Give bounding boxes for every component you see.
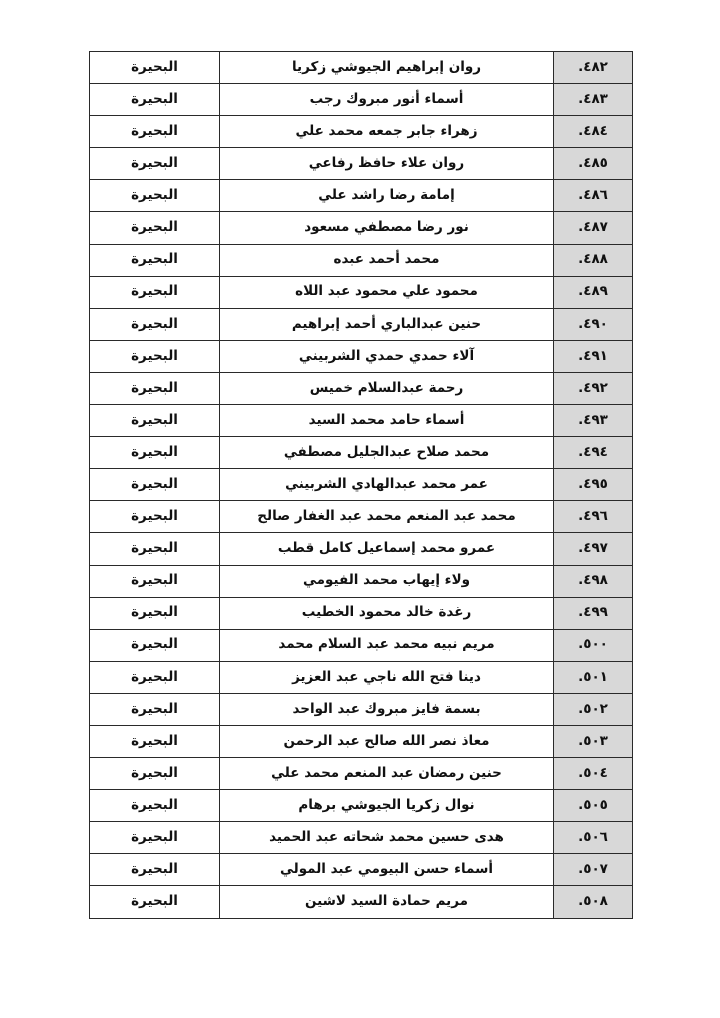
row-number-cell: ٤٩٤. [554, 437, 633, 469]
table-row: ٤٨٣.أسماء أنور مبروك رجبالبحيرة [90, 84, 633, 116]
governorate-cell: البحيرة [90, 886, 220, 918]
name-cell: روان إبراهيم الجيوشي زكريا [220, 52, 554, 84]
name-cell: مريم نبيه محمد عبد السلام محمد [220, 629, 554, 661]
row-number-cell: ٤٩٠. [554, 308, 633, 340]
governorate-cell: البحيرة [90, 597, 220, 629]
table-row: ٤٩٠.حنين عبدالباري أحمد إبراهيمالبحيرة [90, 308, 633, 340]
name-cell: عمرو محمد إسماعيل كامل قطب [220, 533, 554, 565]
table-row: ٥٠٣.معاذ نصر الله صالح عبد الرحمنالبحيرة [90, 725, 633, 757]
governorate-cell: البحيرة [90, 276, 220, 308]
name-cell: محمود علي محمود عبد اللاه [220, 276, 554, 308]
table-row: ٥٠١.دينا فتح الله ناجي عبد العزيزالبحيرة [90, 661, 633, 693]
governorate-cell: البحيرة [90, 790, 220, 822]
table-row: ٤٩٨.ولاء إيهاب محمد الفيوميالبحيرة [90, 565, 633, 597]
name-cell: بسمة فايز مبروك عبد الواحد [220, 693, 554, 725]
table-row: ٤٨٢.روان إبراهيم الجيوشي زكرياالبحيرة [90, 52, 633, 84]
governorate-cell: البحيرة [90, 308, 220, 340]
governorate-cell: البحيرة [90, 501, 220, 533]
name-cell: إمامة رضا راشد علي [220, 180, 554, 212]
governorate-cell: البحيرة [90, 629, 220, 661]
row-number-cell: ٥٠٧. [554, 854, 633, 886]
governorate-cell: البحيرة [90, 212, 220, 244]
name-cell: آلاء حمدي حمدي الشربيني [220, 340, 554, 372]
table-row: ٥٠٧.أسماء حسن البيومي عبد الموليالبحيرة [90, 854, 633, 886]
document-page: ٤٨٢.روان إبراهيم الجيوشي زكرياالبحيرة٤٨٣… [0, 0, 720, 1018]
governorate-cell: البحيرة [90, 469, 220, 501]
governorate-cell: البحيرة [90, 372, 220, 404]
row-number-cell: ٤٩١. [554, 340, 633, 372]
governorate-cell: البحيرة [90, 854, 220, 886]
governorate-cell: البحيرة [90, 725, 220, 757]
row-number-cell: ٤٨٢. [554, 52, 633, 84]
name-cell: رحمة عبدالسلام خميس [220, 372, 554, 404]
governorate-cell: البحيرة [90, 180, 220, 212]
table-row: ٤٨٩.محمود علي محمود عبد اللاهالبحيرة [90, 276, 633, 308]
table-row: ٤٩٧.عمرو محمد إسماعيل كامل قطبالبحيرة [90, 533, 633, 565]
name-cell: حنين عبدالباري أحمد إبراهيم [220, 308, 554, 340]
name-cell: ولاء إيهاب محمد الفيومي [220, 565, 554, 597]
row-number-cell: ٥٠٤. [554, 758, 633, 790]
name-cell: رغدة خالد محمود الخطيب [220, 597, 554, 629]
table-row: ٤٨٥.روان علاء حافظ رفاعيالبحيرة [90, 148, 633, 180]
table-row: ٤٩٦.محمد عبد المنعم محمد عبد الغفار صالح… [90, 501, 633, 533]
governorate-cell: البحيرة [90, 822, 220, 854]
row-number-cell: ٤٨٨. [554, 244, 633, 276]
governorate-cell: البحيرة [90, 116, 220, 148]
row-number-cell: ٤٨٦. [554, 180, 633, 212]
governorate-cell: البحيرة [90, 84, 220, 116]
row-number-cell: ٤٩٣. [554, 405, 633, 437]
governorate-cell: البحيرة [90, 340, 220, 372]
row-number-cell: ٤٨٤. [554, 116, 633, 148]
name-cell: دينا فتح الله ناجي عبد العزيز [220, 661, 554, 693]
table-row: ٥٠٠.مريم نبيه محمد عبد السلام محمدالبحير… [90, 629, 633, 661]
governorate-cell: البحيرة [90, 565, 220, 597]
names-table-body: ٤٨٢.روان إبراهيم الجيوشي زكرياالبحيرة٤٨٣… [90, 52, 633, 919]
table-row: ٤٩٥.عمر محمد عبدالهادي الشربينيالبحيرة [90, 469, 633, 501]
table-row: ٤٩٣.أسماء حامد محمد السيدالبحيرة [90, 405, 633, 437]
table-row: ٥٠٨.مريم حمادة السيد لاشينالبحيرة [90, 886, 633, 918]
name-cell: محمد عبد المنعم محمد عبد الغفار صالح [220, 501, 554, 533]
name-cell: محمد صلاح عبدالجليل مصطفي [220, 437, 554, 469]
table-row: ٤٨٨.محمد أحمد عبدهالبحيرة [90, 244, 633, 276]
row-number-cell: ٤٩٧. [554, 533, 633, 565]
name-cell: عمر محمد عبدالهادي الشربيني [220, 469, 554, 501]
row-number-cell: ٥٠١. [554, 661, 633, 693]
table-row: ٥٠٥.نوال زكريا الجيوشي برهامالبحيرة [90, 790, 633, 822]
row-number-cell: ٤٨٣. [554, 84, 633, 116]
table-row: ٤٨٧.نور رضا مصطفي مسعودالبحيرة [90, 212, 633, 244]
name-cell: زهراء جابر جمعه محمد علي [220, 116, 554, 148]
table-row: ٥٠٦.هدى حسين محمد شحاته عبد الحميدالبحير… [90, 822, 633, 854]
governorate-cell: البحيرة [90, 405, 220, 437]
governorate-cell: البحيرة [90, 533, 220, 565]
governorate-cell: البحيرة [90, 693, 220, 725]
row-number-cell: ٥٠٠. [554, 629, 633, 661]
table-row: ٤٩٩.رغدة خالد محمود الخطيبالبحيرة [90, 597, 633, 629]
name-cell: نور رضا مصطفي مسعود [220, 212, 554, 244]
names-table: ٤٨٢.روان إبراهيم الجيوشي زكرياالبحيرة٤٨٣… [89, 51, 633, 919]
name-cell: نوال زكريا الجيوشي برهام [220, 790, 554, 822]
row-number-cell: ٥٠٦. [554, 822, 633, 854]
row-number-cell: ٥٠٣. [554, 725, 633, 757]
row-number-cell: ٤٨٥. [554, 148, 633, 180]
row-number-cell: ٥٠٢. [554, 693, 633, 725]
row-number-cell: ٤٩٦. [554, 501, 633, 533]
name-cell: محمد أحمد عبده [220, 244, 554, 276]
name-cell: أسماء أنور مبروك رجب [220, 84, 554, 116]
governorate-cell: البحيرة [90, 52, 220, 84]
table-row: ٤٩١.آلاء حمدي حمدي الشربينيالبحيرة [90, 340, 633, 372]
table-row: ٤٨٦.إمامة رضا راشد عليالبحيرة [90, 180, 633, 212]
row-number-cell: ٤٩٩. [554, 597, 633, 629]
governorate-cell: البحيرة [90, 148, 220, 180]
governorate-cell: البحيرة [90, 758, 220, 790]
name-cell: معاذ نصر الله صالح عبد الرحمن [220, 725, 554, 757]
row-number-cell: ٤٨٧. [554, 212, 633, 244]
name-cell: أسماء حامد محمد السيد [220, 405, 554, 437]
table-row: ٤٩٤.محمد صلاح عبدالجليل مصطفيالبحيرة [90, 437, 633, 469]
table-row: ٤٨٤.زهراء جابر جمعه محمد عليالبحيرة [90, 116, 633, 148]
name-cell: روان علاء حافظ رفاعي [220, 148, 554, 180]
row-number-cell: ٤٩٥. [554, 469, 633, 501]
governorate-cell: البحيرة [90, 437, 220, 469]
row-number-cell: ٥٠٨. [554, 886, 633, 918]
name-cell: مريم حمادة السيد لاشين [220, 886, 554, 918]
name-cell: هدى حسين محمد شحاته عبد الحميد [220, 822, 554, 854]
table-row: ٥٠٢.بسمة فايز مبروك عبد الواحدالبحيرة [90, 693, 633, 725]
governorate-cell: البحيرة [90, 244, 220, 276]
table-row: ٥٠٤.حنين رمضان عبد المنعم محمد عليالبحير… [90, 758, 633, 790]
table-row: ٤٩٢.رحمة عبدالسلام خميسالبحيرة [90, 372, 633, 404]
row-number-cell: ٤٩٢. [554, 372, 633, 404]
row-number-cell: ٥٠٥. [554, 790, 633, 822]
name-cell: أسماء حسن البيومي عبد المولي [220, 854, 554, 886]
name-cell: حنين رمضان عبد المنعم محمد علي [220, 758, 554, 790]
row-number-cell: ٤٩٨. [554, 565, 633, 597]
governorate-cell: البحيرة [90, 661, 220, 693]
row-number-cell: ٤٨٩. [554, 276, 633, 308]
